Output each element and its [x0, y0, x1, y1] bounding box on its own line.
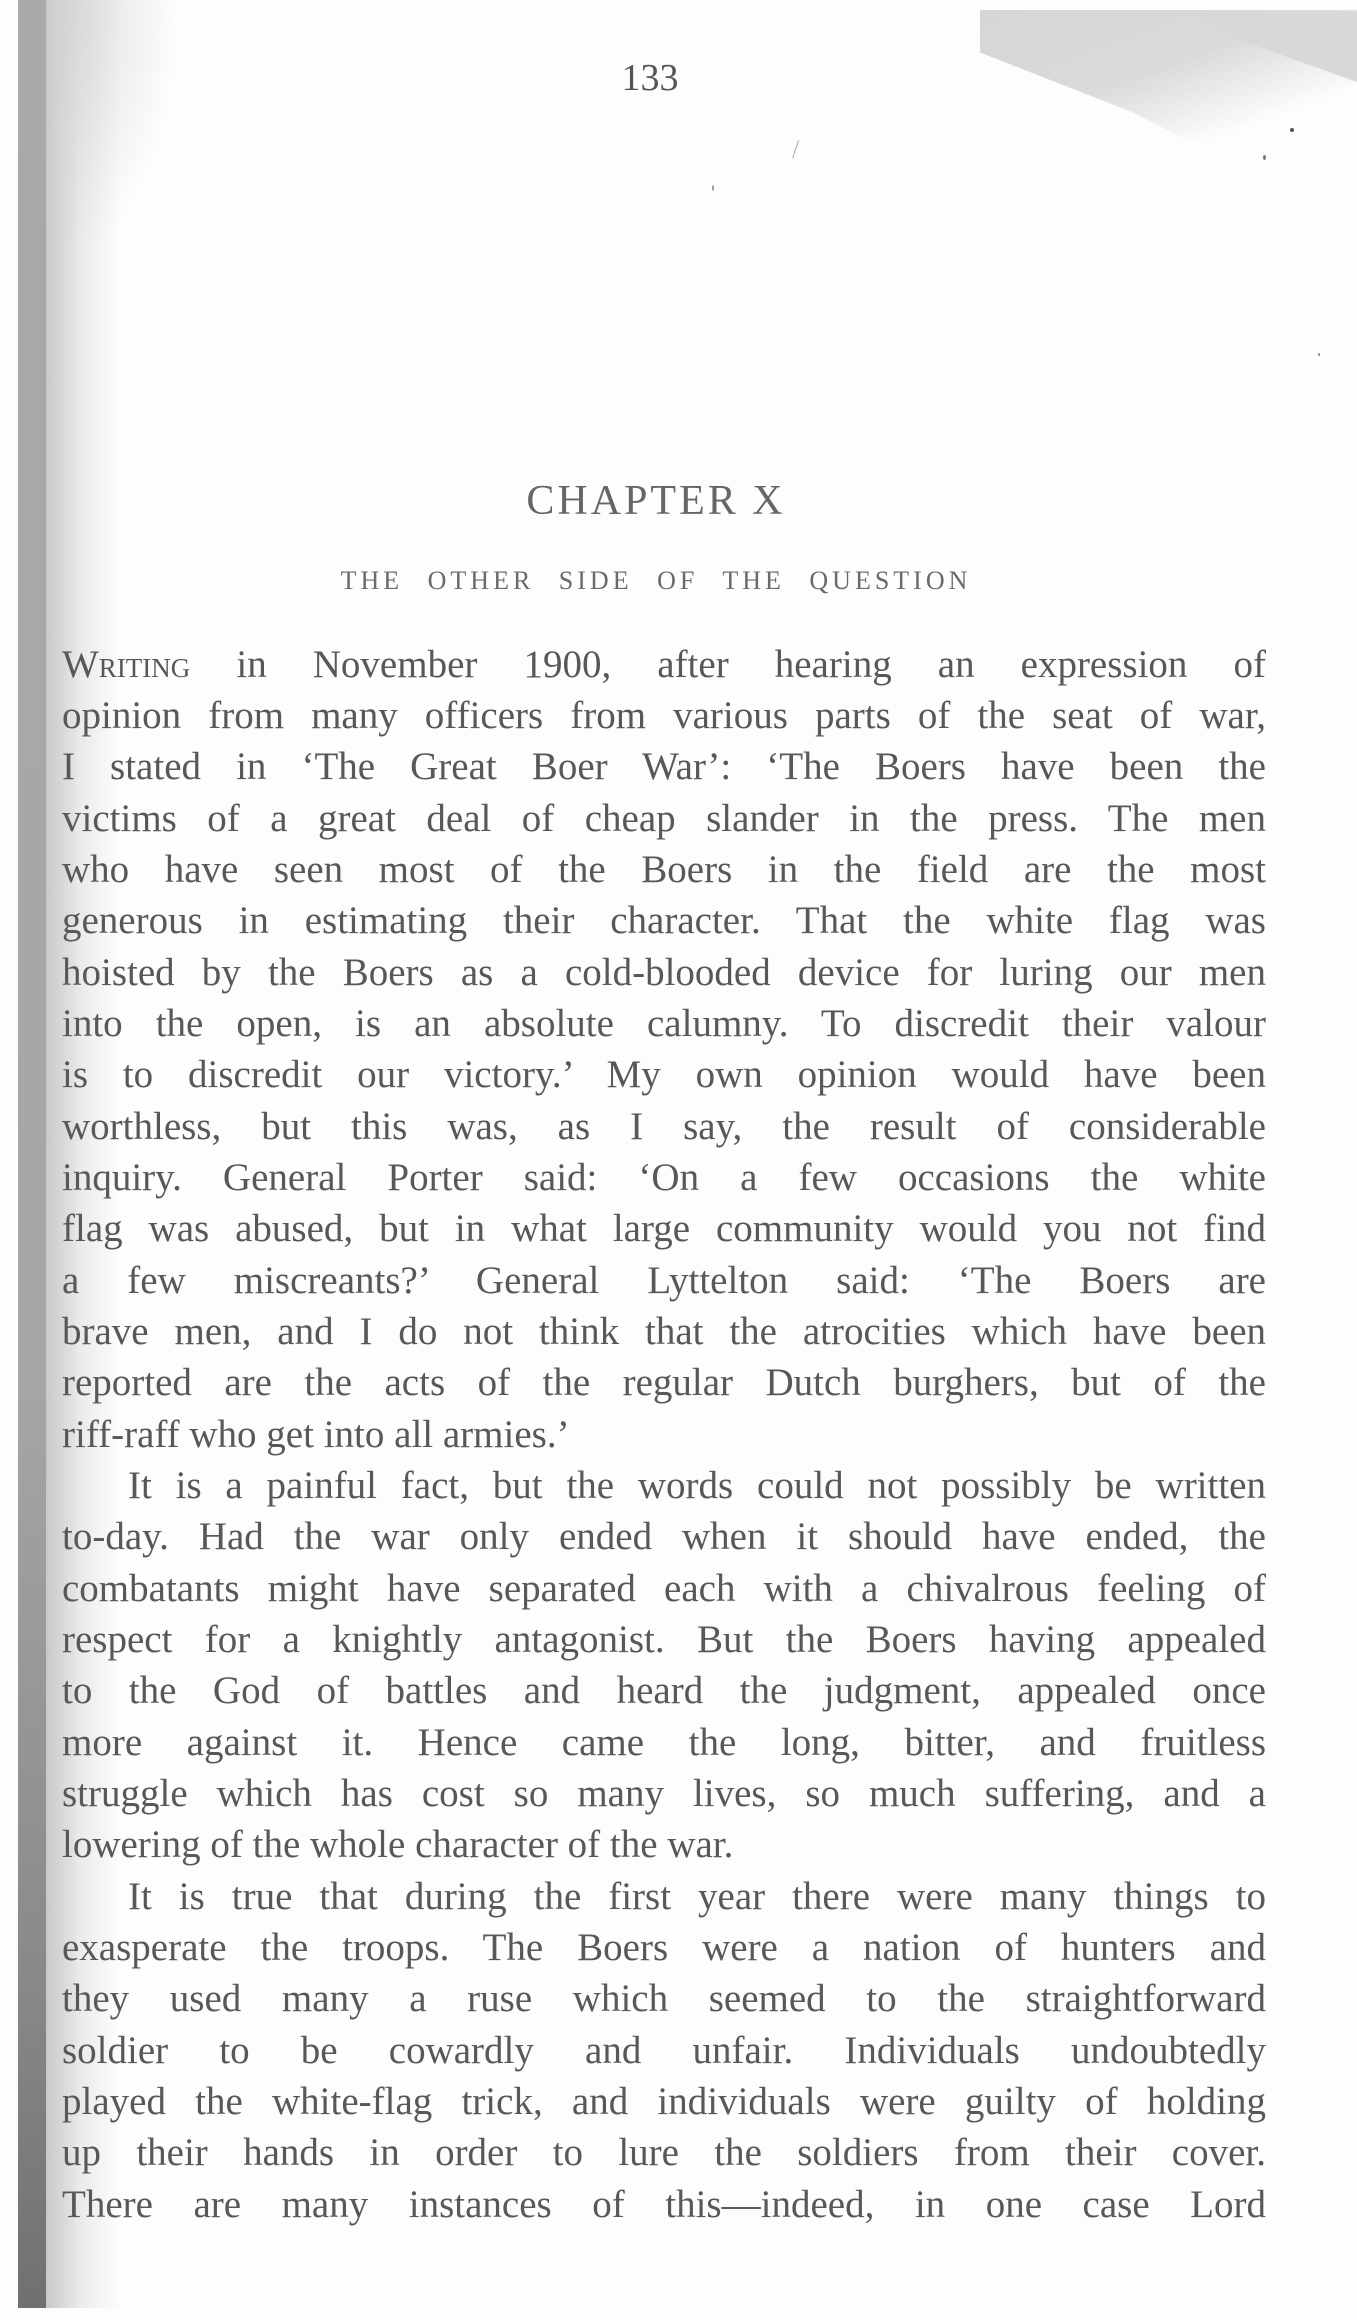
text-line: to-day. Had the war only ended when it s… [62, 1513, 1266, 1561]
page-binding-shadow [18, 0, 48, 2308]
text-line: combatants might have separated each wit… [62, 1565, 1266, 1613]
pencil-mark: / [792, 135, 810, 165]
page-stain-top-left [60, 0, 180, 260]
text-line: more against it. Hence came the long, bi… [62, 1719, 1266, 1767]
text-line: reported are the acts of the regular Dut… [62, 1359, 1266, 1407]
text-line: I stated in ‘The Great Boer War’: ‘The B… [62, 743, 1266, 791]
text-line: Writing in November 1900, after hearing … [62, 641, 1266, 689]
text-line: lowering of the whole character of the w… [62, 1821, 1266, 1869]
ink-speck [712, 185, 714, 191]
text-line: exasperate the troops. The Boers were a … [62, 1924, 1266, 1972]
page-number: 133 [600, 58, 700, 98]
text-line: opinion from many officers from various … [62, 692, 1266, 740]
ink-speck [1290, 128, 1294, 132]
text-line: soldier to be cowardly and unfair. Indiv… [62, 2027, 1266, 2075]
text-line: generous in estimating their character. … [62, 897, 1266, 945]
text-line: riff-raff who get into all armies.’ [62, 1411, 1266, 1459]
text-line: It is a painful fact, but the words coul… [128, 1462, 1266, 1510]
text-line: into the open, is an absolute calumny. T… [62, 1000, 1266, 1048]
text-line: worthless, but this was, as I say, the r… [62, 1103, 1266, 1151]
ink-speck [1263, 155, 1266, 160]
text-line: It is true that during the first year th… [128, 1873, 1266, 1921]
text-line: struggle which has cost so many lives, s… [62, 1770, 1266, 1818]
text-line: a few miscreants?’ General Lyttelton sai… [62, 1257, 1266, 1305]
ink-speck [1318, 353, 1320, 356]
text-line: victims of a great deal of cheap slander… [62, 795, 1266, 843]
text-line: who have seen most of the Boers in the f… [62, 846, 1266, 894]
opening-word: Writing [62, 643, 190, 686]
text-line: inquiry. General Porter said: ‘On a few … [62, 1154, 1266, 1202]
text-line: to the God of battles and heard the judg… [62, 1667, 1266, 1715]
text-line: There are many instances of this—indeed,… [62, 2181, 1266, 2229]
text-line: played the white-flag trick, and individ… [62, 2078, 1266, 2126]
text-line: up their hands in order to lure the sold… [62, 2129, 1266, 2177]
chapter-subtitle: THE OTHER SIDE OF THE QUESTION [300, 566, 1012, 596]
text-line: hoisted by the Boers as a cold-blooded d… [62, 949, 1266, 997]
text-line: brave men, and I do not think that the a… [62, 1308, 1266, 1356]
text-line: flag was abused, but in what large commu… [62, 1205, 1266, 1253]
text-line: respect for a knightly antagonist. But t… [62, 1616, 1266, 1664]
text-line: they used many a ruse which seemed to th… [62, 1975, 1266, 2023]
text-line: is to discredit our victory.’ My own opi… [62, 1051, 1266, 1099]
chapter-title: CHAPTER X [400, 478, 912, 524]
